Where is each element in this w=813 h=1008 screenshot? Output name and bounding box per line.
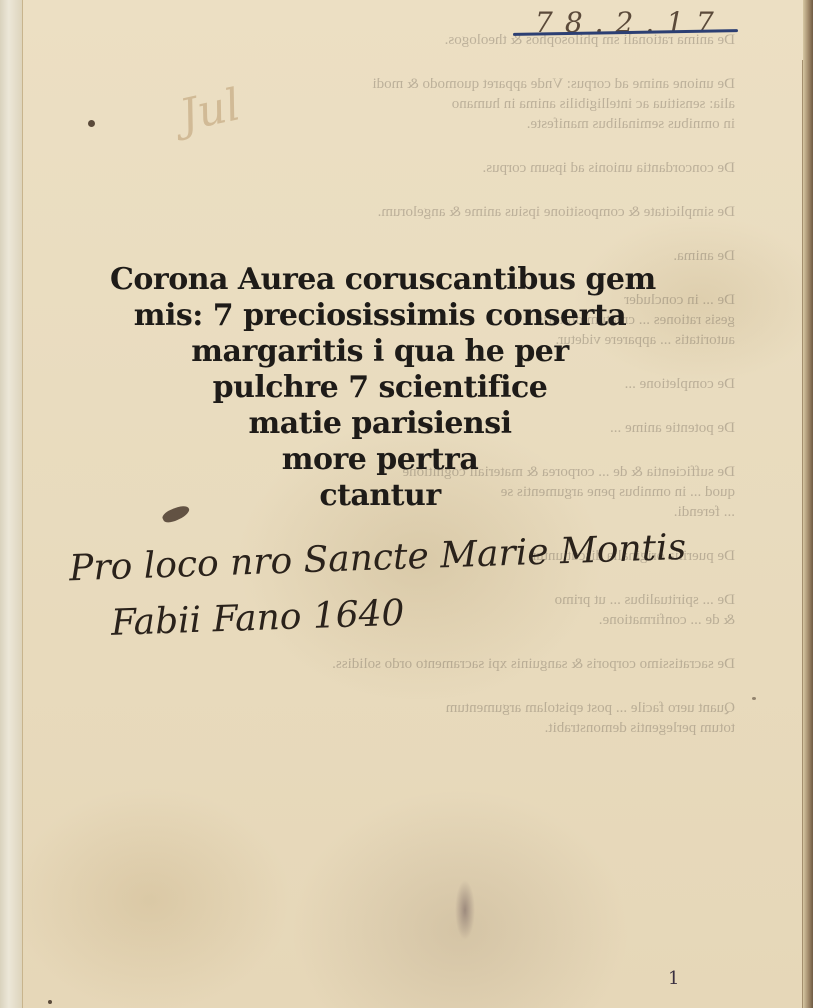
manuscript-page: Jul De anima rationali sm philosophos & … xyxy=(0,0,813,1008)
title-block: Corona Aurea coruscantibus gem mis: 7 pr… xyxy=(110,262,650,514)
title-line: ctantur xyxy=(110,478,650,514)
showthrough-entry: De sacratissimo corporis & sanguinis xpi… xyxy=(95,654,735,674)
foliation-mark: 1 xyxy=(668,968,679,989)
title-line: mis: 7 preciosissimis conserta xyxy=(110,298,650,334)
showthrough-entry: De unione anime ad corpus: Vnde apparet … xyxy=(95,74,735,134)
paper-spot xyxy=(48,1000,52,1004)
title-line: margaritis i qua he per xyxy=(110,334,650,370)
showthrough-line: De concordantia unionis ad ipsum corpus. xyxy=(95,158,735,178)
showthrough-line: Quant uero facile ... post epistolam arg… xyxy=(95,698,735,718)
page-fore-edge xyxy=(803,0,813,1008)
title-line: more pertra xyxy=(110,442,650,478)
showthrough-entry: De concordantia unionis ad ipsum corpus. xyxy=(95,158,735,178)
paper-stain xyxy=(455,880,475,940)
showthrough-line: totum perlegentis demonstrabit. xyxy=(95,718,735,738)
binding-spine xyxy=(0,0,23,1008)
title-line: matie parisiensi xyxy=(110,406,650,442)
showthrough-entry: De simplicitate & compositione ipsius an… xyxy=(95,202,735,222)
title-line: Corona Aurea coruscantibus gem xyxy=(110,262,650,298)
showthrough-line: alia: sensitiua ac intelligibilis anima … xyxy=(95,94,735,114)
showthrough-line: De unione anime ad corpus: Vnde apparet … xyxy=(95,74,735,94)
showthrough-line: De sacratissimo corporis & sanguinis xpi… xyxy=(95,654,735,674)
ownership-inscription: Pro loco nro Sancte Marie Montis Fabii F… xyxy=(68,519,722,654)
title-line: pulchre 7 scientifice xyxy=(110,370,650,406)
showthrough-line: De simplicitate & compositione ipsius an… xyxy=(95,202,735,222)
shelfmark: 78.2.17 xyxy=(505,4,755,44)
showthrough-line: in omnibus seminalibus manifeste. xyxy=(95,114,735,134)
paper-spot xyxy=(752,697,756,700)
paper-spot xyxy=(88,120,95,127)
showthrough-entry: Quant uero facile ... post epistolam arg… xyxy=(95,698,735,738)
